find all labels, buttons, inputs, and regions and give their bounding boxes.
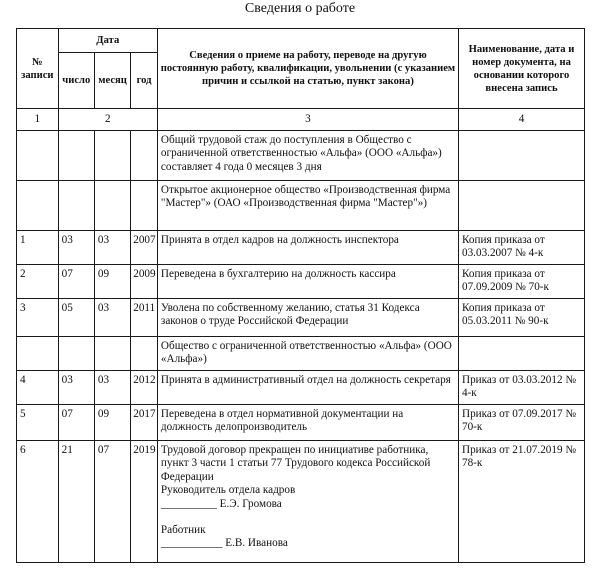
signer-employee-title: Работник — [161, 524, 455, 537]
year-cell — [131, 131, 158, 181]
day-cell — [58, 181, 94, 231]
signer-employee-signature: ___________ Е.В. Иванова — [161, 537, 455, 550]
month-cell: 03 — [94, 231, 130, 265]
info-cell: Открытое акционерное общество «Производс… — [157, 181, 458, 231]
info-cell: Трудовой договор прекращен по инициативе… — [157, 441, 458, 563]
info-cell: Уволена по собственному желанию, статья … — [157, 299, 458, 337]
month-cell — [94, 337, 130, 371]
header-day: число — [58, 53, 94, 109]
year-cell: 2011 — [131, 299, 158, 337]
record-no-cell: 1 — [17, 231, 59, 265]
table-row: 103032007Принята в отдел кадров на должн… — [17, 231, 585, 265]
year-cell — [131, 181, 158, 231]
header-month: месяц — [94, 53, 130, 109]
info-cell: Принята в административный отдел на долж… — [157, 371, 458, 405]
month-cell — [94, 181, 130, 231]
day-cell: 05 — [58, 299, 94, 337]
day-cell: 21 — [58, 441, 94, 563]
document-cell — [458, 337, 584, 371]
year-cell: 2012 — [131, 371, 158, 405]
document-cell: Приказ от 21.07.2019 № 78-к — [458, 441, 584, 563]
dismissal-text: Трудовой договор прекращен по инициативе… — [161, 444, 455, 484]
record-no-cell — [17, 181, 59, 231]
document-title: Сведения о работе — [0, 0, 600, 18]
table-row: 507092017Переведена в отдел нормативной … — [17, 405, 585, 441]
day-cell: 07 — [58, 265, 94, 299]
record-no-cell: 4 — [17, 371, 59, 405]
record-no-cell — [17, 337, 59, 371]
record-no-cell: 6 — [17, 441, 59, 563]
month-cell: 09 — [94, 265, 130, 299]
record-no-cell — [17, 131, 59, 181]
column-number-2: 2 — [58, 109, 157, 131]
info-cell: Переведена в бухгалтерию на должность ка… — [157, 265, 458, 299]
year-cell — [131, 337, 158, 371]
header-record-no: № записи — [17, 29, 59, 109]
day-cell: 03 — [58, 231, 94, 265]
table-row: Открытое акционерное общество «Производс… — [17, 181, 585, 231]
signer-hr-signature: __________ Е.Э. Громова — [161, 498, 455, 511]
month-cell: 07 — [94, 441, 130, 563]
document-cell — [458, 181, 584, 231]
document-cell: Копия приказа от 05.03.2011 № 90-к — [458, 299, 584, 337]
day-cell: 03 — [58, 371, 94, 405]
info-cell: Принята в отдел кадров на должность инсп… — [157, 231, 458, 265]
month-cell: 03 — [94, 299, 130, 337]
day-cell — [58, 131, 94, 181]
header-year: год — [131, 53, 158, 109]
column-number-1: 1 — [17, 109, 59, 131]
info-cell: Общий трудовой стаж до поступления в Общ… — [157, 131, 458, 181]
table-row: 305032011Уволена по собственному желанию… — [17, 299, 585, 337]
info-cell: Переведена в отдел нормативной документа… — [157, 405, 458, 441]
document-cell: Копия приказа от 07.09.2009 № 70-к — [458, 265, 584, 299]
day-cell — [58, 337, 94, 371]
table-row: Общий трудовой стаж до поступления в Общ… — [17, 131, 585, 181]
document-cell: Приказ от 07.09.2017 № 70-к — [458, 405, 584, 441]
table-row: Общество с ограниченной ответственностью… — [17, 337, 585, 371]
header-info: Сведения о приеме на работу, переводе на… — [157, 29, 458, 109]
year-cell: 2007 — [131, 231, 158, 265]
header-date: Дата — [58, 29, 157, 53]
document-cell: Приказ от 03.03.2012 № 4-к — [458, 371, 584, 405]
table-row-final: 6 21 07 2019 Трудовой договор прекращен … — [17, 441, 585, 563]
work-records-table: № записи Дата Сведения о приеме на работ… — [16, 28, 585, 563]
day-cell: 07 — [58, 405, 94, 441]
document-cell: Копия приказа от 03.03.2007 № 4-к — [458, 231, 584, 265]
record-no-cell: 3 — [17, 299, 59, 337]
year-cell: 2019 — [131, 441, 158, 563]
column-number-4: 4 — [458, 109, 584, 131]
year-cell: 2009 — [131, 265, 158, 299]
table-row: 403032012Принята в административный отде… — [17, 371, 585, 405]
month-cell: 09 — [94, 405, 130, 441]
signer-hr-title: Руководитель отдела кадров — [161, 484, 455, 497]
record-no-cell: 5 — [17, 405, 59, 441]
document-cell — [458, 131, 584, 181]
column-number-3: 3 — [157, 109, 458, 131]
info-cell: Общество с ограниченной ответственностью… — [157, 337, 458, 371]
table-row: 207092009Переведена в бухгалтерию на дол… — [17, 265, 585, 299]
month-cell — [94, 131, 130, 181]
header-document: Наименование, дата и номер документа, на… — [458, 29, 584, 109]
month-cell: 03 — [94, 371, 130, 405]
record-no-cell: 2 — [17, 265, 59, 299]
year-cell: 2017 — [131, 405, 158, 441]
